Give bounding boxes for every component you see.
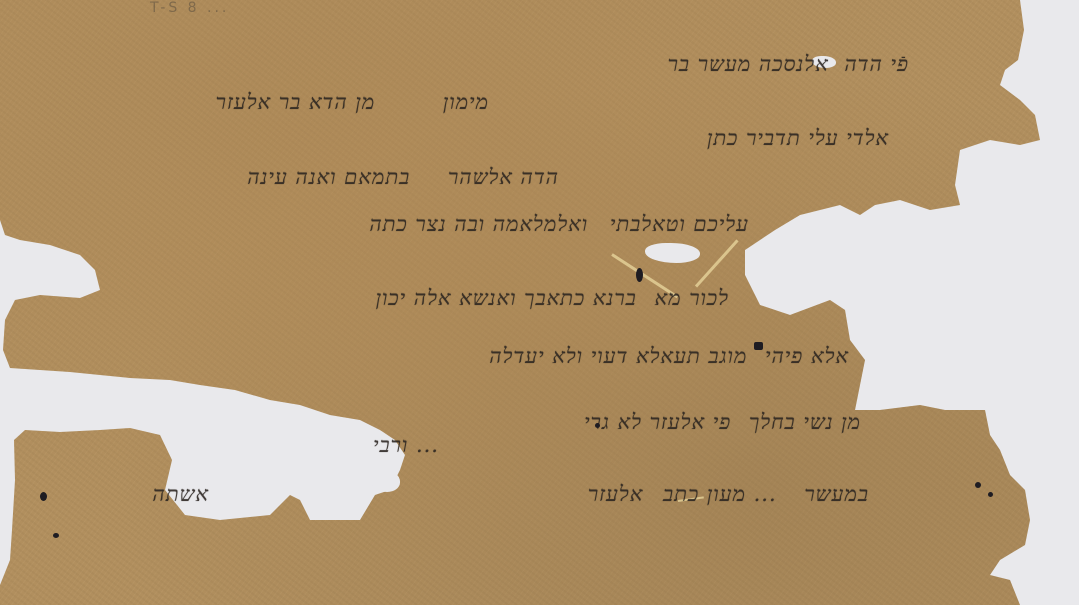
line-7-segment: אשתה xyxy=(152,482,209,506)
line-1-segment: פֿי הדה xyxy=(844,52,909,76)
text-line-7: במעשר ... מעון כתב אלעזר xyxy=(588,482,869,507)
ink-blot xyxy=(595,423,600,428)
line-1-segment: מן הדא בר אלעזר xyxy=(216,90,376,114)
ink-blot xyxy=(40,492,47,501)
line-2-segment: אלדי עלי תדביר כתן xyxy=(707,126,889,150)
line-4-segment: ברנא כתאבך ואנשא אלה יכון xyxy=(376,286,637,310)
text-line-3: עליכם וטאלבתי ואלמלאמה ובה נצר כתה xyxy=(369,212,749,237)
ink-blot xyxy=(53,533,59,538)
ink-blot xyxy=(975,482,981,488)
line-2-segment: בתמאם ואנה עינה xyxy=(247,165,410,189)
shelfmark-label: T-S 8 ... xyxy=(150,0,229,16)
line-7-segment: במעשר xyxy=(804,482,869,506)
line-3-segment: ואלמלאמה ובה נצר כתה xyxy=(369,212,588,236)
line-5-segment: אלא פיהי xyxy=(765,344,849,368)
line-2-segment: הדה אלשהר xyxy=(448,165,559,189)
ink-blot xyxy=(754,342,763,350)
text-line-4: לכור מא ברנא כתאבך ואנשא אלה יכון xyxy=(376,286,729,311)
text-line-1b: מימון מן הדא בר אלעזר xyxy=(216,90,489,115)
line-7-segment: ... מעון כתב xyxy=(663,482,777,506)
text-line-1: פֿי הדה אלנסכה מעשר בר xyxy=(668,52,909,77)
line-4-segment: לכור מא xyxy=(654,286,729,310)
ink-blot xyxy=(988,492,993,497)
line-5-segment: מוגב תעאלא דעוי ולא יעדלה xyxy=(489,344,747,368)
text-line-2: אלדי עלי תדביר כתן xyxy=(707,126,889,151)
line-6-segment: פי אלעזר לא גרי xyxy=(584,410,731,434)
line-1-segment: אלנסכה מעשר בר xyxy=(668,52,829,76)
line-1-segment: מימון xyxy=(443,90,489,114)
ink-blot xyxy=(636,268,643,282)
text-line-7b: אשתה xyxy=(152,482,209,507)
line-6-segment: מן נשי בחלך xyxy=(749,410,861,434)
line-7-segment: אלעזר xyxy=(588,482,643,506)
text-line-6: מן נשי בחלך פי אלעזר לא גרי xyxy=(584,410,861,435)
text-line-6b: ... ורבי xyxy=(373,433,439,458)
line-6-segment: ... ורבי xyxy=(373,433,439,457)
line-3-segment: עליכם וטאלבתי xyxy=(610,212,749,236)
text-line-2b: הדה אלשהר בתמאם ואנה עינה xyxy=(247,165,559,190)
text-line-5: אלא פיהי מוגב תעאלא דעוי ולא יעדלה xyxy=(489,344,849,369)
